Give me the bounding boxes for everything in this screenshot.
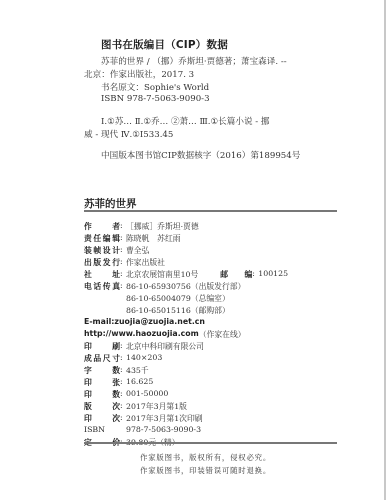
spec-value: 北京中科印刷有限公司	[126, 341, 204, 352]
info-value: 陈晓帆 苏红雨	[126, 233, 181, 244]
cip-line-original-title: 书名原文：Sophie's World	[101, 81, 209, 93]
spec-label: 印 刷	[84, 341, 120, 352]
spec-label: 印 数	[84, 389, 120, 400]
spec-value: 2017年3月第1版	[126, 401, 187, 412]
spec-row-wordcount: 字 数: 435千	[84, 365, 149, 376]
spec-row-print-run: 印 数: 001-50000	[84, 389, 168, 400]
info-label: 出版发行	[84, 257, 120, 268]
info-value: 北京农展馆南里10号	[126, 269, 198, 280]
spec-row-printing: 印 次: 2017年3月第1次印刷	[84, 413, 203, 424]
spec-value: 001-50000	[126, 389, 168, 400]
info-value: 作家出版社	[126, 257, 165, 268]
zip-value: 100125	[258, 269, 288, 280]
info-label: 责任编辑	[84, 233, 120, 244]
cip-heading: 图书在版编目（CIP）数据	[101, 37, 228, 52]
email-row: E-mail:zuojia@zuojia.net.cn	[84, 317, 205, 326]
info-value: 86-10-65930756（出版发行部）	[126, 281, 245, 292]
spec-value: 435千	[126, 365, 149, 376]
info-value: ［挪威］乔斯坦·贾德	[126, 221, 199, 232]
title-rule	[84, 210, 337, 212]
spec-value: 2017年3月第1次印刷	[126, 413, 203, 424]
footer-copyright: 作家版图书，版权所有，侵权必究。	[140, 452, 271, 463]
info-row-phone: 电话传真: 86-10-65930756（出版发行部）	[84, 281, 245, 292]
book-title: 苏菲的世界	[84, 196, 137, 211]
info-row-design: 装帧设计: 曹全弘	[84, 245, 149, 256]
phone-editorial: 86-10-65004079（总编室）	[126, 293, 230, 304]
cip-classification-2: 威 - 现代 Ⅳ.①I533.45	[84, 128, 173, 140]
cip-data-number: 中国版本图书馆CIP数据核字（2016）第189954号	[101, 149, 300, 161]
spec-label: ISBN	[84, 425, 120, 434]
info-row-editor: 责任编辑: 陈晓帆 苏红雨	[84, 233, 181, 244]
cip-line-isbn: ISBN 978-7-5063-9090-3	[101, 94, 210, 104]
spec-row-edition: 版 次: 2017年3月第1版	[84, 401, 187, 412]
cip-line-title: 苏菲的世界 / （挪）乔斯坦·贾德著；萧宝森译. --	[101, 55, 287, 67]
zip-label: 邮 编	[220, 269, 252, 280]
spec-value: 140×203	[126, 353, 162, 364]
spec-value: 978-7-5063-9090-3	[126, 425, 201, 434]
info-label: 电话传真	[84, 281, 120, 292]
website-row: http://www.haozuojia.com （作家在线）	[84, 329, 246, 340]
info-value: 曹全弘	[126, 245, 149, 256]
website-note: （作家在线）	[199, 329, 246, 340]
info-label: 装帧设计	[84, 245, 120, 256]
website-link[interactable]: http://www.haozuojia.com	[84, 329, 199, 340]
cip-line-publisher: 北京：作家出版社，2017. 3	[84, 68, 194, 80]
cip-classification-1: Ⅰ.①苏… Ⅱ.①乔… ②萧… Ⅲ.①长篇小说 - 挪	[101, 115, 270, 127]
footer-exchange: 作家版图书，印装错误可随时退换。	[140, 465, 271, 476]
email-text: E-mail:zuojia@zuojia.net.cn	[84, 317, 205, 326]
spec-row-sheets: 印 张: 16.625	[84, 377, 153, 388]
info-row-publisher: 出版发行: 作家出版社	[84, 257, 165, 268]
spec-label: 印 次	[84, 413, 120, 424]
bottom-rule	[84, 442, 337, 444]
spec-row-printer: 印 刷: 北京中科印刷有限公司	[84, 341, 204, 352]
spec-value: 16.625	[126, 377, 153, 388]
spec-label: 版 次	[84, 401, 120, 412]
info-label: 作 者	[84, 221, 120, 232]
spec-label: 印 张	[84, 377, 120, 388]
info-row-author: 作 者: ［挪威］乔斯坦·贾德	[84, 221, 199, 232]
spec-row-isbn: ISBN 978-7-5063-9090-3	[84, 425, 201, 434]
spec-label: 字 数	[84, 365, 120, 376]
spec-row-size: 成品尺寸: 140×203	[84, 353, 162, 364]
phone-mailorder: 86-10-65015116（邮购部）	[126, 305, 230, 316]
spec-label: 成品尺寸	[84, 353, 120, 364]
info-row-address: 社 址: 北京农展馆南里10号 邮 编: 100125	[84, 269, 288, 280]
info-label: 社 址	[84, 269, 120, 280]
